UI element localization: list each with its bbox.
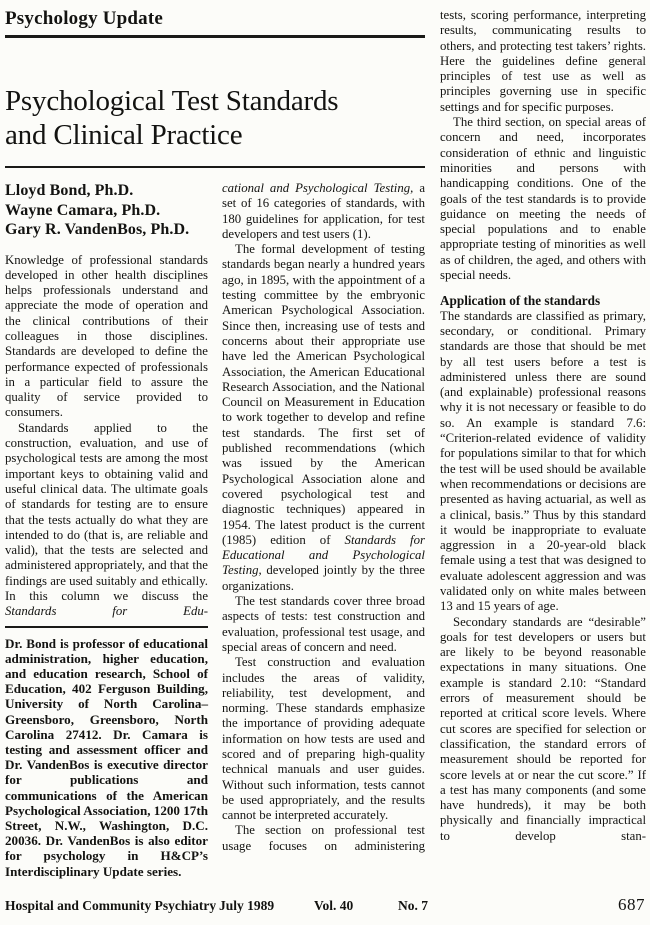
- text-run: Standards applied to the construction, e…: [5, 421, 208, 603]
- footnote-text: Dr. Bond is professor of educational adm…: [5, 636, 208, 879]
- author-name: Lloyd Bond, Ph.D.: [5, 181, 208, 201]
- text-run: The standards are classified as primary,…: [440, 309, 646, 614]
- paragraph: The standards are classified as primary,…: [440, 309, 646, 615]
- kicker-rule: [5, 35, 425, 38]
- column-2-text: cational and Psychological Testing, a se…: [222, 181, 425, 879]
- article-title-line-2: and Clinical Practice: [5, 118, 425, 152]
- text-run: Knowledge of professional standards deve…: [5, 253, 208, 420]
- paragraph: The formal development of testing standa…: [222, 242, 425, 594]
- text-run: Secondary standards are “desirable” goal…: [440, 615, 646, 843]
- column-masthead: Psychology Update Psychological Test Sta…: [5, 8, 425, 168]
- section-heading: Application of the standards: [440, 293, 646, 308]
- two-column-area: Lloyd Bond, Ph.D. Wayne Camara, Ph.D. Ga…: [5, 181, 425, 879]
- italic-text-run: cational and Psychological Testing,: [222, 181, 413, 195]
- text-run: The formal development of testing standa…: [222, 242, 425, 547]
- left-section: Psychology Update Psychological Test Sta…: [5, 8, 425, 890]
- paragraph: Knowledge of professional standards deve…: [5, 253, 208, 421]
- article-title: Psychological Test Standards and Clinica…: [5, 84, 425, 152]
- paragraph: The section on professional test usage f…: [222, 823, 425, 854]
- paragraph: Test construction and evaluation include…: [222, 655, 425, 823]
- title-rule: [5, 166, 425, 168]
- article-title-line-1: Psychological Test Standards: [5, 84, 425, 118]
- paragraph: Standards applied to the construction, e…: [5, 421, 208, 620]
- text-run: tests, scoring performance, interpreting…: [440, 8, 646, 114]
- running-footer: Hospital and Community Psychiatry July 1…: [5, 895, 645, 915]
- author-name: Gary R. VandenBos, Ph.D.: [5, 220, 208, 240]
- text-run: The third section, on special areas of c…: [440, 115, 646, 282]
- text-run: The section on professional test usage f…: [222, 823, 425, 852]
- column-1-text: Knowledge of professional standards deve…: [5, 253, 208, 620]
- journal-name: Hospital and Community Psychiatry: [5, 898, 219, 914]
- author-name: Wayne Camara, Ph.D.: [5, 201, 208, 221]
- journal-article-page: Psychology Update Psychological Test Sta…: [0, 0, 650, 925]
- author-list: Lloyd Bond, Ph.D. Wayne Camara, Ph.D. Ga…: [5, 181, 208, 240]
- paragraph: tests, scoring performance, interpreting…: [440, 8, 646, 115]
- text-run: The test standards cover three broad asp…: [222, 594, 425, 654]
- column-3-text: tests, scoring performance, interpreting…: [440, 8, 646, 890]
- paragraph: Secondary standards are “desirable” goal…: [440, 615, 646, 844]
- volume-label: Vol. 40: [314, 898, 398, 914]
- column-1: Lloyd Bond, Ph.D. Wayne Camara, Ph.D. Ga…: [5, 181, 208, 879]
- paragraph: The test standards cover three broad asp…: [222, 594, 425, 655]
- italic-text-run: Standards for Edu-: [5, 604, 208, 618]
- text-run: Test construction and evaluation include…: [222, 655, 425, 822]
- page-number: 687: [618, 895, 645, 915]
- issue-date: July 1989: [219, 898, 314, 914]
- column-kicker: Psychology Update: [5, 8, 425, 35]
- page-body: Psychology Update Psychological Test Sta…: [5, 8, 646, 890]
- paragraph: cational and Psychological Testing, a se…: [222, 181, 425, 242]
- paragraph: The third section, on special areas of c…: [440, 115, 646, 283]
- text-run: Application of the standards: [440, 293, 600, 308]
- author-footnote: Dr. Bond is professor of educational adm…: [5, 626, 208, 879]
- issue-number-label: No. 7: [398, 898, 618, 914]
- footnote-rule: [5, 626, 208, 628]
